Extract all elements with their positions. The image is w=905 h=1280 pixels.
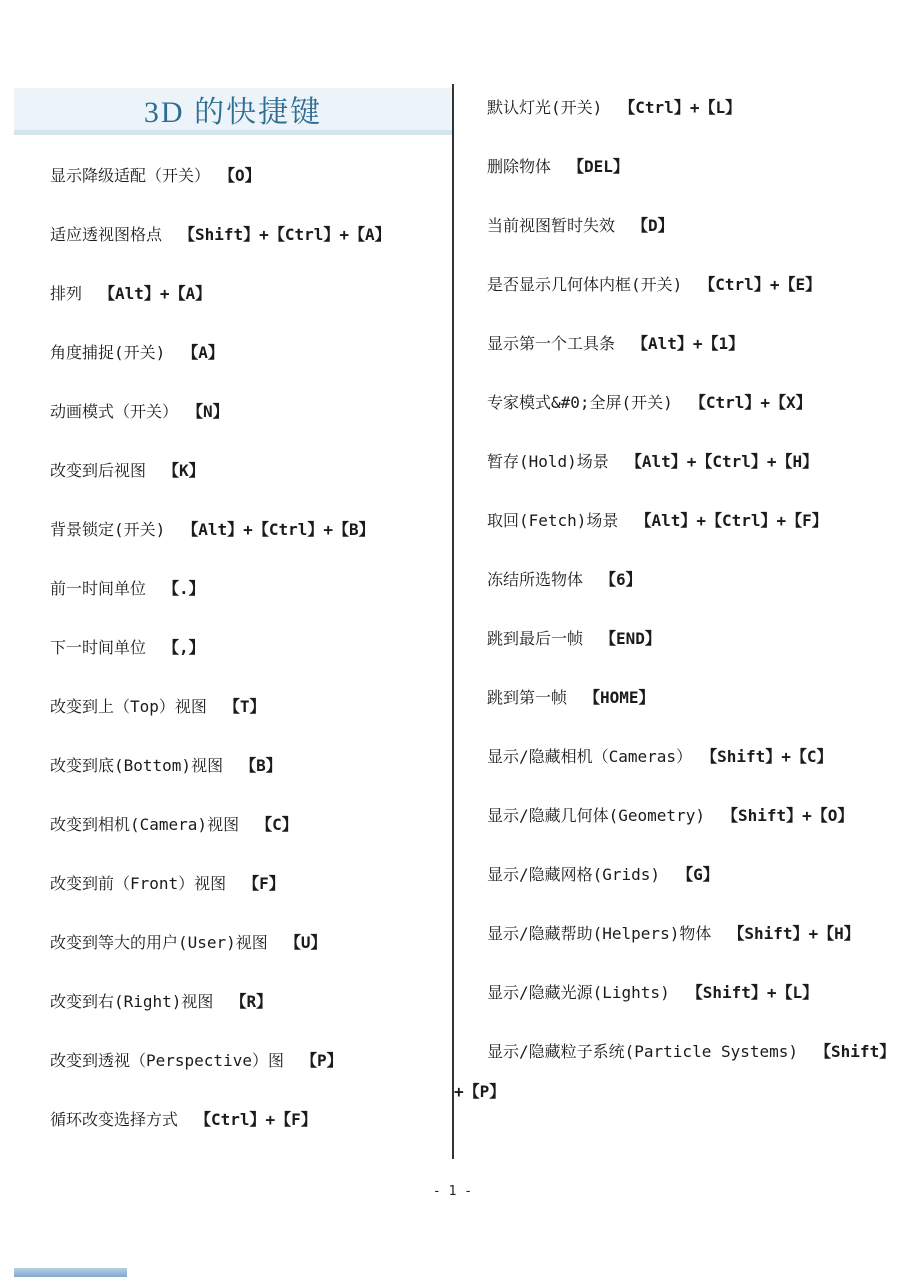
shortcut-item-right-6: 专家模式&#0;全屏(开关)【Ctrl】+【X】	[487, 392, 899, 413]
shortcut-keys: 【Shift】+【L】	[687, 983, 818, 1002]
shortcut-item-right-3: 当前视图暂时失效【D】	[487, 215, 899, 236]
shortcut-label: 冻结所选物体	[487, 570, 583, 589]
shortcut-keys: 【Ctrl】+【E】	[699, 275, 821, 294]
shortcut-keys: 【Shift】+【Ctrl】+【A】	[179, 225, 391, 244]
shortcut-label: 循环改变选择方式	[50, 1110, 178, 1129]
shortcut-keys: 【B】	[240, 756, 282, 775]
shortcut-item-right-5: 显示第一个工具条【Alt】+【1】	[487, 333, 899, 354]
shortcut-label: 前一时间单位	[50, 579, 146, 598]
shortcut-label: 跳到第一帧	[487, 688, 567, 707]
shortcut-label: 改变到透视（Perspective）图	[50, 1051, 284, 1070]
shortcut-item-left-14: 改变到等大的用户(User)视图【U】	[50, 932, 445, 953]
shortcut-item-left-5: 动画模式（开关）【N】	[50, 401, 445, 422]
shortcut-keys: 【R】	[230, 992, 272, 1011]
shortcut-item-left-7: 背景锁定(开关)【Alt】+【Ctrl】+【B】	[50, 519, 445, 540]
shortcut-label: 取回(Fetch)场景	[487, 511, 618, 530]
shortcut-item-right-10: 跳到最后一帧【END】	[487, 628, 899, 649]
shortcut-item-left-4: 角度捕捉(开关)【A】	[50, 342, 445, 363]
shortcut-item-left-16: 改变到透视（Perspective）图【P】	[50, 1050, 445, 1071]
shortcut-keys: 【,】	[163, 638, 205, 657]
shortcut-item-right-13: 显示/隐藏几何体(Geometry)【Shift】+【O】	[487, 805, 899, 826]
shortcut-label: 是否显示几何体内框(开关)	[487, 275, 682, 294]
shortcut-keys: 【T】	[224, 697, 266, 716]
shortcut-keys: 【P】	[301, 1051, 343, 1070]
page-title: 3D 的快捷键	[144, 87, 322, 131]
shortcut-label: 显示/隐藏帮助(Helpers)物体	[487, 924, 711, 943]
shortcut-keys: 【Shift】+【C】	[709, 747, 832, 766]
shortcut-label: 跳到最后一帧	[487, 629, 583, 648]
shortcut-item-left-13: 改变到前（Front）视图【F】	[50, 873, 445, 894]
shortcut-keys: 【HOME】	[584, 688, 655, 707]
shortcut-label: 改变到底(Bottom)视图	[50, 756, 223, 775]
shortcut-item-right-2: 删除物体【DEL】	[487, 156, 899, 177]
shortcut-label: 显示/隐藏网格(Grids)	[487, 865, 660, 884]
shortcut-keys: 【Alt】+【Ctrl】+【H】	[626, 452, 818, 471]
shortcut-keys: 【D】	[632, 216, 674, 235]
shortcut-item-right-4: 是否显示几何体内框(开关)【Ctrl】+【E】	[487, 274, 899, 295]
shortcut-item-left-6: 改变到后视图【K】	[50, 460, 445, 481]
shortcut-keys: 【U】	[285, 933, 327, 952]
shortcut-item-right-9: 冻结所选物体【6】	[487, 569, 899, 590]
shortcut-item-left-9: 下一时间单位【,】	[50, 637, 445, 658]
shortcut-item-left-8: 前一时间单位【.】	[50, 578, 445, 599]
shortcut-keys: 【Ctrl】+【F】	[195, 1110, 317, 1129]
shortcut-keys: 【Shift】	[815, 1042, 895, 1061]
shortcut-keys: 【END】	[600, 629, 661, 648]
shortcut-keys: 【DEL】	[568, 157, 629, 176]
shortcut-keys: 【K】	[163, 461, 205, 480]
shortcut-keys: 【Alt】+【Ctrl】+【F】	[635, 511, 827, 530]
shortcut-keys: 【Shift】+【H】	[728, 924, 859, 943]
shortcut-item-right-16: 显示/隐藏光源(Lights)【Shift】+【L】	[487, 982, 899, 1003]
shortcut-label: 排列	[50, 284, 82, 303]
shortcut-item-right-12: 显示/隐藏相机（Cameras）【Shift】+【C】	[487, 746, 899, 767]
shortcut-item-left-12: 改变到相机(Camera)视图【C】	[50, 814, 445, 835]
shortcut-label: 显示降级适配（开关）	[50, 166, 210, 185]
shortcut-keys: 【.】	[163, 579, 205, 598]
shortcut-item-left-17: 循环改变选择方式【Ctrl】+【F】	[50, 1109, 445, 1130]
shortcut-keys: 【Alt】+【Ctrl】+【B】	[182, 520, 374, 539]
shortcut-item-right-11: 跳到第一帧【HOME】	[487, 687, 899, 708]
shortcut-label: 改变到前（Front）视图	[50, 874, 226, 893]
page-number: - 1 -	[0, 1184, 905, 1199]
shortcut-keys: 【N】	[195, 402, 229, 421]
shortcut-item-right-14: 显示/隐藏网格(Grids)【G】	[487, 864, 899, 885]
shortcut-item-right-15: 显示/隐藏帮助(Helpers)物体【Shift】+【H】	[487, 923, 899, 944]
shortcut-label: 当前视图暂时失效	[487, 216, 615, 235]
shortcut-item-left-10: 改变到上（Top）视图【T】	[50, 696, 445, 717]
shortcut-keys: 【F】	[243, 874, 285, 893]
shortcut-keys: 【Ctrl】+【L】	[619, 98, 741, 117]
shortcut-keys: 【C】	[256, 815, 298, 834]
shortcut-label: 显示/隐藏光源(Lights)	[487, 983, 670, 1002]
document-page: 3D 的快捷键 显示降级适配（开关）【O】适应透视图格点【Shift】+【Ctr…	[0, 0, 905, 1280]
shortcut-keys: 【Alt】+【1】	[632, 334, 744, 353]
shortcut-label: 改变到相机(Camera)视图	[50, 815, 239, 834]
shortcut-label: 暂存(Hold)场景	[487, 452, 609, 471]
shortcut-label: 下一时间单位	[50, 638, 146, 657]
shortcut-column-left: 显示降级适配（开关）【O】适应透视图格点【Shift】+【Ctrl】+【A】排列…	[50, 165, 445, 1168]
shortcut-keys-continuation: +【P】	[454, 1081, 899, 1102]
shortcut-item-right-1: 默认灯光(开关)【Ctrl】+【L】	[487, 97, 899, 118]
shortcut-column-right: 默认灯光(开关)【Ctrl】+【L】删除物体【DEL】当前视图暂时失效【D】是否…	[487, 97, 899, 1140]
shortcut-item-left-3: 排列【Alt】+【A】	[50, 283, 445, 304]
shortcut-keys: 【6】	[600, 570, 642, 589]
shortcut-label: 专家模式&#0;全屏(开关)	[487, 393, 673, 412]
shortcut-label: 背景锁定(开关)	[50, 520, 165, 539]
shortcut-label: 动画模式（开关）	[50, 402, 178, 421]
shortcut-keys: 【G】	[677, 865, 719, 884]
next-page-banner-edge	[14, 1268, 127, 1277]
shortcut-item-left-11: 改变到底(Bottom)视图【B】	[50, 755, 445, 776]
shortcut-item-left-2: 适应透视图格点【Shift】+【Ctrl】+【A】	[50, 224, 445, 245]
shortcut-item-left-1: 显示降级适配（开关）【O】	[50, 165, 445, 186]
shortcut-label: 显示/隐藏相机（Cameras）	[487, 747, 692, 766]
shortcut-label: 显示第一个工具条	[487, 334, 615, 353]
shortcut-keys: 【Alt】+【A】	[99, 284, 211, 303]
shortcut-label: 改变到上（Top）视图	[50, 697, 207, 716]
shortcut-label: 角度捕捉(开关)	[50, 343, 165, 362]
title-banner: 3D 的快捷键	[14, 88, 452, 135]
shortcut-item-right-7: 暂存(Hold)场景【Alt】+【Ctrl】+【H】	[487, 451, 899, 472]
shortcut-label: 删除物体	[487, 157, 551, 176]
shortcut-keys: 【A】	[182, 343, 224, 362]
shortcut-label: 默认灯光(开关)	[487, 98, 602, 117]
shortcut-label: 改变到右(Right)视图	[50, 992, 213, 1011]
shortcut-keys: 【Shift】+【O】	[722, 806, 853, 825]
column-divider-line	[452, 84, 454, 1159]
shortcut-label: 显示/隐藏粒子系统(Particle Systems)	[487, 1042, 798, 1061]
shortcut-item-right-8: 取回(Fetch)场景【Alt】+【Ctrl】+【F】	[487, 510, 899, 531]
shortcut-label: 改变到后视图	[50, 461, 146, 480]
shortcut-item-left-15: 改变到右(Right)视图【R】	[50, 991, 445, 1012]
shortcut-keys: 【O】	[227, 166, 261, 185]
shortcut-label: 改变到等大的用户(User)视图	[50, 933, 268, 952]
shortcut-item-right-17: 显示/隐藏粒子系统(Particle Systems)【Shift】+【P】	[487, 1041, 899, 1102]
shortcut-label: 适应透视图格点	[50, 225, 162, 244]
shortcut-keys: 【Ctrl】+【X】	[690, 393, 812, 412]
shortcut-label: 显示/隐藏几何体(Geometry)	[487, 806, 705, 825]
